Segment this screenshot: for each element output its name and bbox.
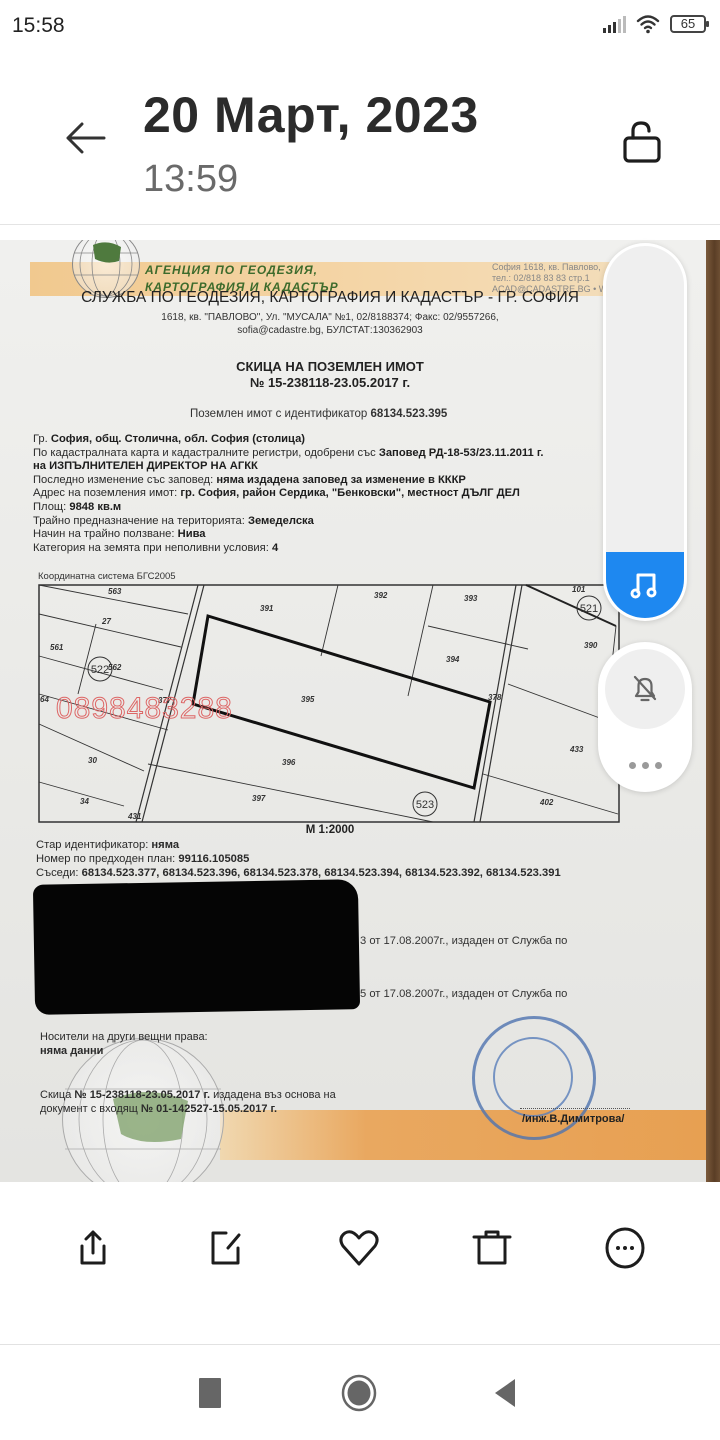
coordinate-system: Координатна система БГС2005 [38, 571, 176, 582]
previous-plan-value: 99116.105085 [178, 853, 249, 865]
parcel-label: 431 [127, 812, 142, 821]
edit-button[interactable] [196, 1218, 256, 1278]
service-address-line-1: 1618, кв. "ПАВЛОВО", Ул. "МУСАЛА" №1, 02… [0, 311, 660, 324]
parcel-label: 34 [80, 797, 89, 806]
detail-value: Земеделска [248, 515, 314, 527]
block-number: 521 [580, 603, 598, 615]
owner-deed-line-2: 5 от 17.08.2007г., издаден от Служба по [360, 988, 567, 1000]
old-identifier-value: няма [151, 839, 179, 851]
neighbors: Съседи: 68134.523.377, 68134.523.396, 68… [36, 866, 561, 880]
parcel-label: 101 [572, 585, 586, 594]
battery-level: 65 [681, 16, 695, 31]
arrow-left-icon [60, 116, 112, 160]
parcel-label: 64 [40, 695, 49, 704]
parcel-label: 397 [252, 794, 266, 803]
phone-watermark: 0898483288 [56, 692, 233, 726]
system-navigation-bar [0, 1344, 720, 1440]
detail-line: Гр. София, общ. Столична, обл. София (ст… [33, 433, 544, 447]
document-title-line-1: СКИЦА НА ПОЗЕМЛЕН ИМОТ [0, 359, 660, 375]
parcel-details: Гр. София, общ. Столична, обл. София (ст… [33, 433, 544, 555]
parcel-label: 396 [282, 758, 296, 767]
favorite-button[interactable] [329, 1218, 389, 1278]
volume-options [598, 642, 692, 792]
document-title: СКИЦА НА ПОЗЕМЛЕН ИМОТ № 15-238118-23.05… [0, 359, 660, 391]
redacted-area [33, 879, 360, 1015]
recents-icon [197, 1375, 223, 1411]
detail-value: Заповед РД-18-53/23.11.2011 г. [379, 447, 544, 459]
media-volume-button[interactable] [606, 552, 684, 618]
detail-line: По кадастралната карта и кадастралните р… [33, 447, 544, 461]
parcel-extra-info: Стар идентификатор: няма Номер по предхо… [36, 838, 561, 880]
more-horizontal-icon[interactable] [598, 750, 692, 780]
more-button[interactable] [595, 1218, 655, 1278]
delete-button[interactable] [462, 1218, 522, 1278]
document-number: № 15-238118-23.05.2017 г. [0, 375, 660, 391]
detail-value: Нива [178, 528, 206, 540]
agency-line-1: АГЕНЦИЯ ПО ГЕОДЕЗИЯ, [145, 262, 339, 279]
issue-basis-line-1: Скица № 15-238118-23.05.2017 г. издадена… [40, 1088, 336, 1102]
detail-label: Последно изменение със заповед: [33, 474, 216, 486]
unlock-button[interactable] [618, 118, 666, 166]
back-button[interactable] [60, 116, 112, 160]
issue-basis-line-2: документ с входящ № 01-142527-15.05.2017… [40, 1102, 336, 1116]
parcel-label: 433 [569, 745, 584, 754]
detail-line: Последно изменение със заповед: няма изд… [33, 474, 544, 488]
map-scale: М 1:2000 [0, 824, 660, 836]
detail-label: Адрес на поземления имот: [33, 487, 180, 499]
back-nav-button[interactable] [484, 1371, 528, 1415]
basis-incoming-number: № 01-142527-15.05.2017 г. [141, 1103, 277, 1115]
basis-sketch-number: № 15-238118-23.05.2017 г. [74, 1089, 210, 1101]
previous-plan-label: Номер по предходен план: [36, 853, 178, 865]
other-rights: Носители на други вещни права: няма данн… [40, 1030, 208, 1058]
detail-value: София, общ. Столична, обл. София (столиц… [51, 433, 305, 445]
identifier-value: 68134.523.395 [371, 408, 448, 420]
parcel-label: 562 [108, 663, 122, 672]
parcel-label: 27 [101, 617, 111, 626]
detail-line: на ИЗПЪЛНИТЕЛЕН ДИРЕКТОР НА АГКК [33, 460, 544, 474]
parcel-label: 402 [539, 798, 554, 807]
page-subtitle-time: 13:59 [143, 158, 238, 201]
wood-background [706, 240, 720, 1182]
unlock-icon [618, 118, 666, 166]
parcel-label: 391 [260, 604, 274, 613]
back-icon [491, 1375, 521, 1411]
detail-line: Начин на трайно ползване: Нива [33, 528, 544, 542]
detail-line: Трайно предназначение на територията: Зе… [33, 515, 544, 529]
share-icon [73, 1228, 113, 1268]
identifier-label: Поземлен имот с идентификатор [190, 408, 367, 420]
previous-plan-number: Номер по предходен план: 99116.105085 [36, 852, 561, 866]
owner-deed-line-1: 3 от 17.08.2007г., издаден от Служба по [360, 935, 567, 947]
old-identifier-label: Стар идентификатор: [36, 839, 151, 851]
detail-line: Площ: 9848 кв.м [33, 501, 544, 515]
parcel-label: 393 [464, 594, 478, 603]
status-icons: 65 [603, 14, 706, 34]
detail-line: Категория на земята при неполивни услови… [33, 542, 544, 556]
agency-address-line-2: тел.: 02/818 83 83 стр.1 [492, 273, 616, 284]
parcel-label: 30 [88, 756, 97, 765]
page-title: 20 Март, 2023 [143, 86, 479, 144]
status-time: 15:58 [12, 14, 65, 38]
volume-slider[interactable] [603, 243, 687, 621]
parcel-label: 563 [108, 587, 122, 596]
other-rights-label: Носители на други вещни права: [40, 1030, 208, 1044]
detail-value: няма издадена заповед за изменение в ККК… [216, 474, 466, 486]
recents-button[interactable] [188, 1371, 232, 1415]
home-icon [339, 1373, 379, 1413]
edit-icon [206, 1228, 246, 1268]
more-circle-icon [603, 1226, 647, 1270]
signer-name: /инж.В.Димитрова/ [522, 1113, 624, 1125]
detail-label: Площ: [33, 501, 69, 513]
basis-prefix-1: Скица [40, 1089, 74, 1101]
status-bar: 15:58 65 [0, 0, 720, 56]
neighbors-value: 68134.523.377, 68134.523.396, 68134.523.… [82, 867, 561, 879]
home-button[interactable] [337, 1371, 381, 1415]
old-identifier: Стар идентификатор: няма [36, 838, 561, 852]
heart-icon [337, 1228, 381, 1268]
ringer-mute-button[interactable] [605, 649, 685, 729]
parcel-label: 378 [488, 693, 502, 702]
signal-icon [603, 15, 626, 33]
detail-value: на ИЗПЪЛНИТЕЛЕН ДИРЕКТОР НА АГКК [33, 460, 258, 472]
block-number: 522 [91, 664, 109, 676]
detail-value: 4 [272, 542, 278, 554]
footer-band [220, 1110, 708, 1160]
bell-off-icon [628, 672, 662, 706]
basis-prefix-2: документ с входящ [40, 1103, 141, 1115]
agency-address-line-1: София 1618, кв. Павлово, [492, 262, 616, 273]
parcel-label: 394 [446, 655, 460, 664]
header: 20 Март, 2023 13:59 [0, 56, 720, 225]
block-number: 523 [416, 799, 434, 811]
service-address: 1618, кв. "ПАВЛОВО", Ул. "МУСАЛА" №1, 02… [0, 311, 660, 337]
signature-line [520, 1108, 630, 1109]
neighbors-label: Съседи: [36, 867, 82, 879]
detail-label: По кадастралната карта и кадастралните р… [33, 447, 379, 459]
photo-toolbar [0, 1182, 720, 1344]
share-button[interactable] [63, 1218, 123, 1278]
music-note-icon [628, 568, 662, 602]
detail-label: Трайно предназначение на територията: [33, 515, 248, 527]
other-rights-value: няма данни [40, 1045, 103, 1057]
parcel-label: 392 [374, 591, 388, 600]
detail-label: Начин на трайно ползване: [33, 528, 178, 540]
detail-value: 9848 кв.м [69, 501, 121, 513]
detail-line: Адрес на поземления имот: гр. София, рай… [33, 487, 544, 501]
basis-suffix-1: издадена въз основа на [210, 1089, 336, 1101]
service-name: СЛУЖБА ПО ГЕОДЕЗИЯ, КАРТОГРАФИЯ И КАДАСТ… [0, 289, 660, 307]
detail-label: Гр. [33, 433, 51, 445]
parcel-label: 390 [584, 641, 598, 650]
detail-label: Категория на земята при неполивни услови… [33, 542, 272, 554]
trash-icon [470, 1228, 514, 1268]
issue-basis: Скица № 15-238118-23.05.2017 г. издадена… [40, 1088, 336, 1116]
battery-icon: 65 [670, 15, 706, 33]
detail-value: гр. София, район Сердика, "Бенковски", м… [180, 487, 520, 499]
parcel-identifier: Поземлен имот с идентификатор 68134.523.… [190, 408, 447, 420]
service-address-line-2: sofia@cadastre.bg, БУЛСТАТ:130362903 [0, 324, 660, 337]
wifi-icon [636, 14, 660, 34]
parcel-label: 395 [301, 695, 315, 704]
parcel-label: 561 [50, 643, 64, 652]
